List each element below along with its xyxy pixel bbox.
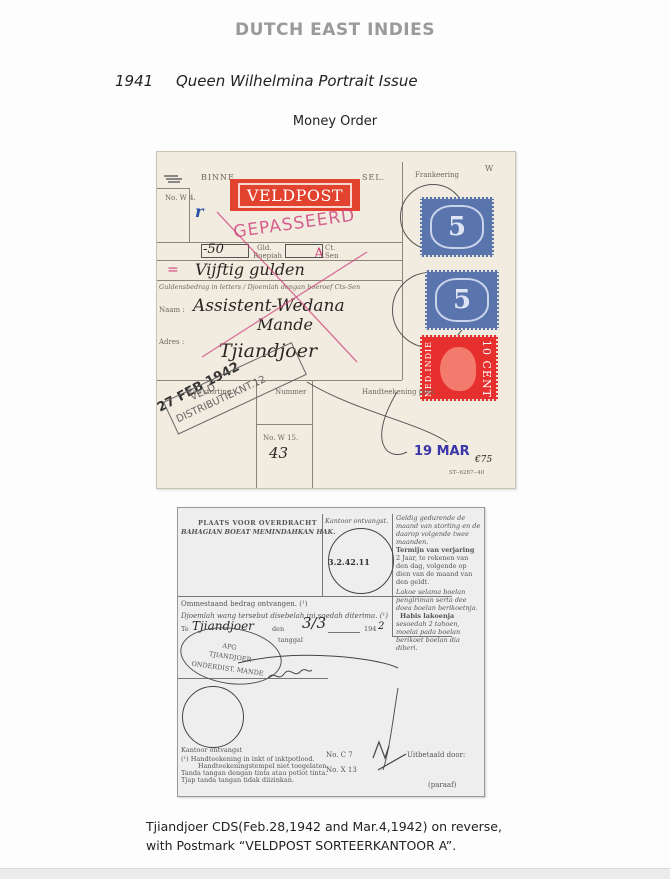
form-code: ST--6287--40 [449, 470, 484, 476]
queen-portrait [440, 347, 476, 391]
paraaf-label: (paraaf) [428, 781, 456, 789]
date-storting-label: Ran storting. [187, 388, 234, 396]
album-page: DUTCH EAST INDIES 1941 Queen Wilhelmina … [0, 0, 670, 868]
caption-line1: Tjiandjoer CDS(Feb.28,1942 and Mar.4,194… [146, 817, 502, 836]
caption-line2: with Postmark “VELDPOST SORTEERKANTOOR A… [146, 836, 502, 855]
no-w-bottom-label: No. W 15. [263, 434, 298, 442]
stamp-blue-5-cent-2: 5 [425, 270, 499, 330]
no-w-bottom-value: 43 [269, 444, 288, 462]
viewer-bottom-bar [0, 868, 670, 879]
stamp-value: 5 [435, 278, 489, 322]
page-header: DUTCH EAST INDIES [0, 20, 670, 40]
money-order-front: BINNE SEL. VELDPOST GEPASSEERD A No. W 4… [156, 151, 516, 489]
corner-mark: W [485, 164, 493, 173]
stamp-denomination: 10 CENT [480, 340, 493, 398]
section-title: Money Order [0, 114, 670, 129]
page-caption: Tjiandjoer CDS(Feb.28,1942 and Mar.4,194… [146, 817, 502, 855]
footnote-4: Tjap tanda tangan tidak diizinkan. [181, 776, 294, 784]
stamp-blue-5-cent-1: 5 [420, 197, 494, 257]
money-order-reverse: PLAATS VOOR OVERDRACHT BAHAGIAN BOEAT ME… [177, 507, 485, 797]
page-subtitle: 1941 Queen Wilhelmina Portrait Issue [115, 72, 418, 90]
subtitle-title: Queen Wilhelmina Portrait Issue [176, 72, 418, 90]
franking-label: Frankeering [415, 171, 459, 179]
arrival-stamp: 19 MAR [414, 444, 470, 459]
handtekening-label: Handteekening post. [362, 388, 436, 396]
uitbetaald-label: Uitbetaald door: [407, 751, 465, 759]
nummer-label: Nummer [275, 388, 306, 396]
no-c-label: No. C 7 [326, 751, 353, 759]
fee-note: €75 [475, 455, 492, 465]
no-x-label: No. X 13 [326, 766, 357, 774]
stamp-value: 5 [430, 205, 484, 249]
kantoor-bottom-label: Kantoor ontvangst [181, 746, 242, 754]
subtitle-year: 1941 [115, 72, 153, 90]
